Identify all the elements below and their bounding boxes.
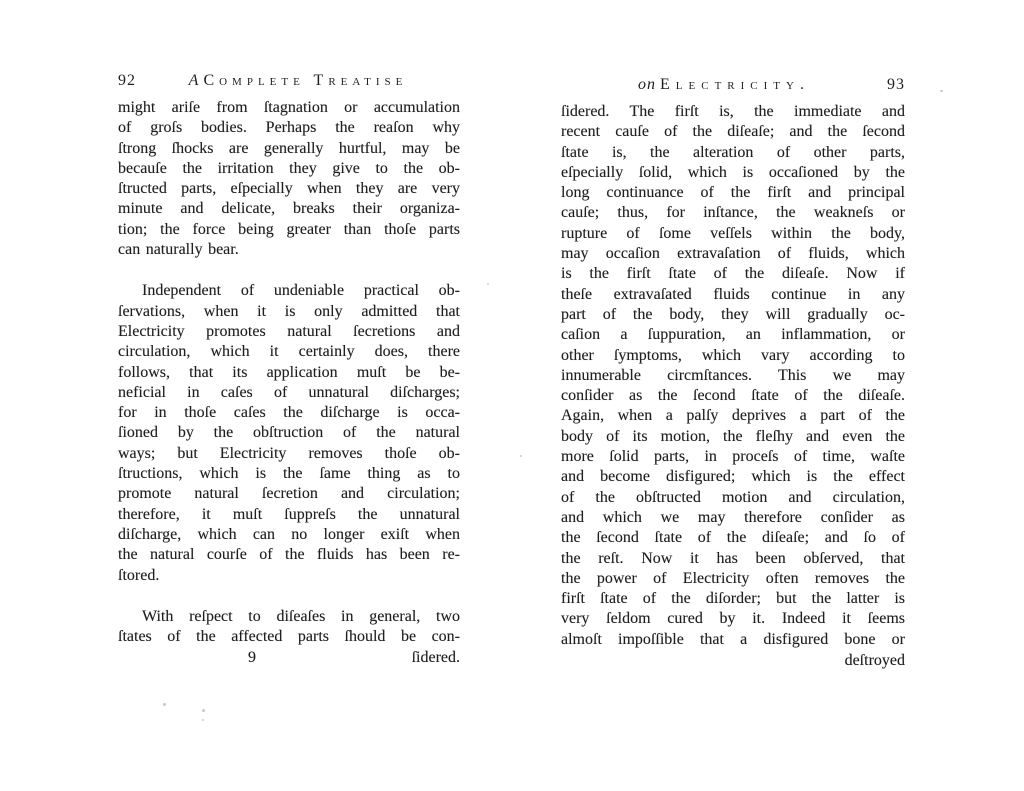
text-line: Again, when a palſy deprives a part of t…	[561, 406, 905, 426]
page-footer-right: deſtroyed	[561, 652, 905, 673]
page-number-right: 93	[887, 76, 905, 94]
page-body-left: might ariſe from ſtagnation or accumulat…	[118, 98, 460, 647]
signature-mark: 9	[248, 649, 256, 667]
text-line: recent cauſe of the diſeaſe; and the ſec…	[561, 122, 905, 142]
running-title-preposition: on	[638, 76, 656, 93]
running-header-left: 92 AComplete Treatise	[118, 72, 460, 92]
text-line: circulation, which it certainly does, th…	[118, 342, 460, 362]
text-line: ſidered. The firſt is, the immediate and	[561, 102, 905, 122]
running-title-article: A	[189, 72, 200, 89]
text-line: almoſt impoſſible that a disfigured bone…	[561, 630, 905, 650]
scan-speck	[520, 455, 522, 457]
page-left: 92 AComplete Treatise might ariſe from ſ…	[118, 72, 460, 670]
text-line: long continuance of the firſt and princi…	[561, 183, 905, 203]
text-line: ways; but Electricity removes thoſe ob-	[118, 444, 460, 464]
scan-speck	[163, 703, 166, 706]
text-line: and which we may therefore conſider as	[561, 508, 905, 528]
text-line: other ſymptoms, which vary according to	[561, 346, 905, 366]
text-line: more ſolid parts, in proceſs of time, wa…	[561, 447, 905, 467]
text-line: neficial in caſes of unnatural diſcharge…	[118, 383, 460, 403]
text-line: the power of Electricity often removes t…	[561, 569, 905, 589]
scan-speck	[487, 283, 489, 285]
scan-speck	[202, 719, 204, 721]
text-line: With reſpect to diſeaſes in general, two	[118, 607, 460, 627]
text-line: and become disfigured; which is the effe…	[561, 467, 905, 487]
text-line: caſion a ſuppuration, an inflammation, o…	[561, 325, 905, 345]
text-line: Electricity promotes natural ſecretions …	[118, 322, 460, 342]
running-header-right: onElectricity. 93	[561, 76, 905, 96]
text-line: ſtored.	[118, 566, 460, 586]
text-line: part of the body, they will gradually oc…	[561, 305, 905, 325]
text-line: can naturally bear.	[118, 240, 460, 260]
book-scan: 92 AComplete Treatise might ariſe from ſ…	[0, 0, 1024, 791]
text-line: ſervations, when it is only admitted tha…	[118, 302, 460, 322]
page-body-right: ſidered. The firſt is, the immediate and…	[561, 102, 905, 650]
text-line: the ſecond ſtate of the diſeaſe; and ſo …	[561, 528, 905, 548]
text-line: the reſt. Now it has been obſerved, that	[561, 549, 905, 569]
text-line: for in thoſe caſes the diſcharge is occa…	[118, 403, 460, 423]
running-title-right: onElectricity.	[561, 76, 887, 94]
catchword-left: ſidered.	[412, 649, 460, 667]
page-footer-left: 9 ſidered.	[118, 649, 460, 670]
text-line: ſtructions, which is the ſame thing as t…	[118, 464, 460, 484]
text-line: eſpecially ſolid, which is occaſioned by…	[561, 163, 905, 183]
text-line: ſtructed parts, eſpecially when they are…	[118, 179, 460, 199]
running-title-text: Complete Treatise	[203, 72, 407, 89]
text-line: Independent of undeniable practical ob-	[118, 281, 460, 301]
text-line: very ſeldom cured by it. Indeed it ſeems	[561, 609, 905, 629]
catchword-right: deſtroyed	[845, 652, 905, 670]
text-line: therefore, it muſt ſuppreſs the unnatura…	[118, 505, 460, 525]
text-line: becauſe the irritation they give to the …	[118, 159, 460, 179]
text-line: is the firſt ſtate of the diſeaſe. Now i…	[561, 264, 905, 284]
paragraph: might ariſe from ſtagnation or accumulat…	[118, 98, 460, 260]
text-line: promote natural ſecretion and circulatio…	[118, 484, 460, 504]
running-title-text: Electricity.	[660, 76, 810, 93]
text-line: innumerable circmſtances. This we may	[561, 366, 905, 386]
text-line: minute and delicate, breaks their organi…	[118, 199, 460, 219]
text-line: ſtate is, the alteration of other parts,	[561, 143, 905, 163]
scan-speck	[940, 90, 943, 92]
text-line: ſioned by the obſtruction of the natural	[118, 423, 460, 443]
text-line: tion; the force being greater than thoſe…	[118, 220, 460, 240]
running-title-left: AComplete Treatise	[136, 72, 460, 90]
page-right: onElectricity. 93 ſidered. The firſt is,…	[561, 76, 905, 673]
text-line: the natural courſe of the fluids has bee…	[118, 545, 460, 565]
text-line: ſtates of the affected parts ſhould be c…	[118, 627, 460, 647]
text-line: diſcharge, which can no longer exiſt whe…	[118, 525, 460, 545]
scan-speck	[202, 709, 205, 712]
text-line: cauſe; thus, for inſtance, the weakneſs …	[561, 203, 905, 223]
text-line: of groſs bodies. Perhaps the reaſon why	[118, 118, 460, 138]
paragraph: Independent of undeniable practical ob-ſ…	[118, 281, 460, 585]
text-line: rupture of ſome veſſels within the body,	[561, 224, 905, 244]
text-line: conſider as the ſecond ſtate of the diſe…	[561, 386, 905, 406]
text-line: ſtrong ſhocks are generally hurtful, may…	[118, 139, 460, 159]
text-line: body of its motion, the fleſhy and even …	[561, 427, 905, 447]
page-number-left: 92	[118, 72, 136, 90]
text-line: may occaſion extravaſation of fluids, wh…	[561, 244, 905, 264]
text-line: follows, that its application muſt be be…	[118, 363, 460, 383]
text-line: theſe extravaſated fluids continue in an…	[561, 285, 905, 305]
text-line: of the obſtructed motion and circulation…	[561, 488, 905, 508]
text-line: firſt ſtate of the diſorder; but the lat…	[561, 589, 905, 609]
paragraph: With reſpect to diſeaſes in general, two…	[118, 607, 460, 648]
text-line: might ariſe from ſtagnation or accumulat…	[118, 98, 460, 118]
paragraph: ſidered. The firſt is, the immediate and…	[561, 102, 905, 650]
